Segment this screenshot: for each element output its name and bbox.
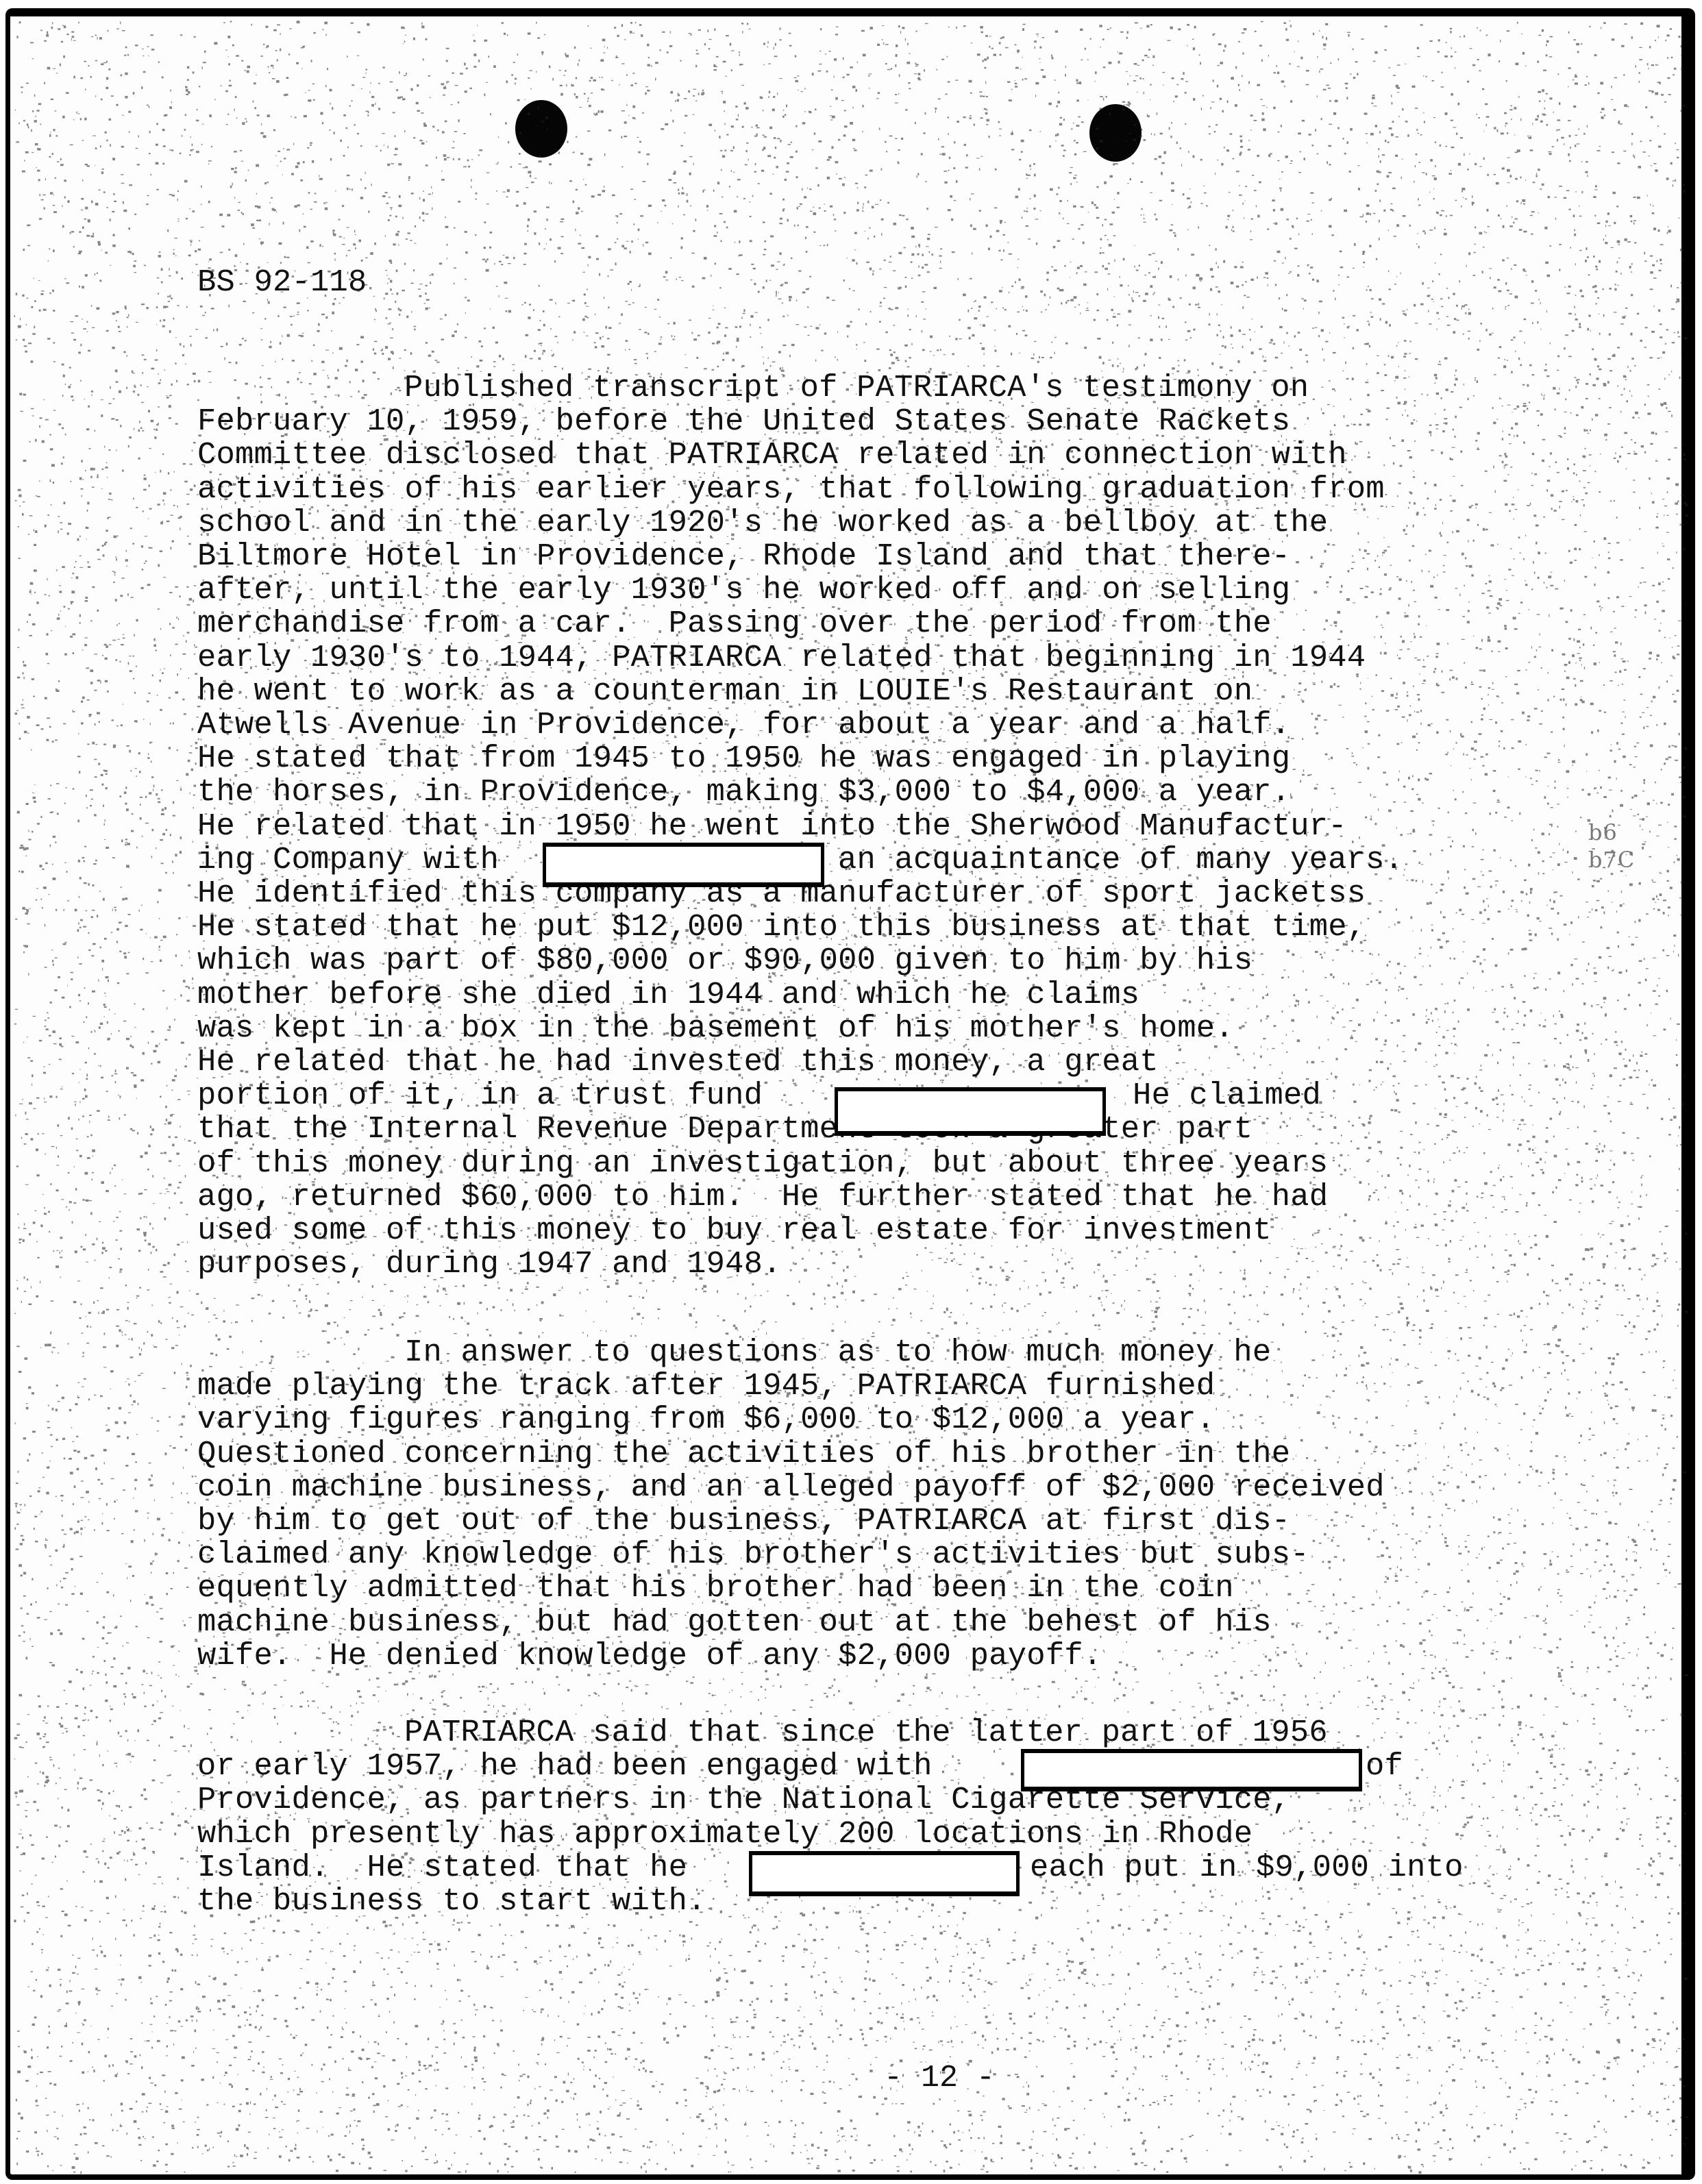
text-line: In answer to questions as to how much mo…: [404, 1336, 1271, 1369]
text-line: He related that he had invested this mon…: [197, 1045, 1159, 1079]
text-line: portion of it, in a trust fund: [197, 1079, 763, 1113]
text-line: mother before she died in 1944 and which…: [197, 978, 1139, 1012]
text-line: school and in the early 1920's he worked…: [197, 506, 1328, 540]
text-line: PATRIARCA said that since the latter par…: [404, 1716, 1328, 1750]
redaction-box-2: [835, 1087, 1106, 1136]
text-line: of: [1366, 1750, 1403, 1783]
text-line: each put in $9,000 into: [1030, 1851, 1464, 1885]
text-line: which presently has approximately 200 lo…: [197, 1817, 1253, 1851]
text-line: which was part of $80,000 or $90,000 giv…: [197, 944, 1253, 978]
text-line: He stated that from 1945 to 1950 he was …: [197, 742, 1290, 775]
text-line: used some of this money to buy real esta…: [197, 1214, 1272, 1248]
text-line: He stated that he put $12,000 into this …: [197, 910, 1366, 944]
redaction-box-1: [543, 843, 824, 887]
text-line: February 10, 1959, before the United Sta…: [197, 405, 1290, 438]
text-line: varying figures ranging from $6,000 to $…: [197, 1403, 1215, 1437]
text-line: the horses, in Providence, making $3,000…: [197, 775, 1290, 809]
text-line: an acquaintance of many years.: [838, 843, 1403, 877]
text-line: ago, returned $60,000 to him. He further…: [197, 1180, 1328, 1214]
exemption-code-b7c: b7C: [1588, 847, 1635, 873]
redaction-box-4: [749, 1851, 1020, 1896]
text-line: of this money during an investigation, b…: [197, 1147, 1328, 1180]
text-line: Questioned concerning the activities of …: [197, 1437, 1290, 1471]
text-line: by him to get out of the business, PATRI…: [197, 1504, 1290, 1538]
text-line: was kept in a box in the basement of his…: [197, 1012, 1234, 1045]
text-line: ing Company with: [197, 843, 499, 877]
text-line: after, until the early 1930's he worked …: [197, 573, 1290, 607]
text-line: coin machine business, and an alleged pa…: [197, 1471, 1385, 1504]
text-line: Biltmore Hotel in Providence, Rhode Isla…: [197, 540, 1290, 573]
file-number: BS 92-118: [197, 266, 367, 299]
text-line: merchandise from a car. Passing over the…: [197, 607, 1272, 641]
text-line: Atwells Avenue in Providence, for about …: [197, 708, 1290, 742]
text-line: early 1930's to 1944, PATRIARCA related …: [197, 641, 1366, 675]
text-line: made playing the track after 1945, PATRI…: [197, 1369, 1215, 1403]
text-line: equently admitted that his brother had b…: [197, 1572, 1234, 1605]
page-number: - 12 -: [884, 2061, 995, 2096]
text-line: the business to start with.: [197, 1885, 706, 1918]
punch-hole-left: [515, 100, 567, 158]
text-line: He claimed: [1133, 1079, 1321, 1113]
text-line: Committee disclosed that PATRIARCA relat…: [197, 438, 1347, 472]
text-line: activities of his earlier years, that fo…: [197, 473, 1385, 506]
punch-hole-right: [1089, 104, 1142, 162]
text-line: Published transcript of PATRIARCA's test…: [404, 371, 1309, 405]
text-line: he went to work as a counterman in LOUIE…: [197, 675, 1253, 708]
text-line: or early 1957, he had been engaged with: [197, 1750, 933, 1783]
redaction-box-3: [1021, 1749, 1362, 1791]
text-line: machine business, but had gotten out at …: [197, 1606, 1272, 1639]
text-line: wife. He denied knowledge of any $2,000 …: [197, 1639, 1102, 1673]
text-line: purposes, during 1947 and 1948.: [197, 1248, 782, 1281]
exemption-code-b6: b6: [1588, 819, 1618, 845]
text-line: He related that in 1950 he went into the…: [197, 810, 1347, 843]
text-line: Island. He stated that he: [197, 1851, 687, 1885]
text-line: claimed any knowledge of his brother's a…: [197, 1538, 1309, 1572]
